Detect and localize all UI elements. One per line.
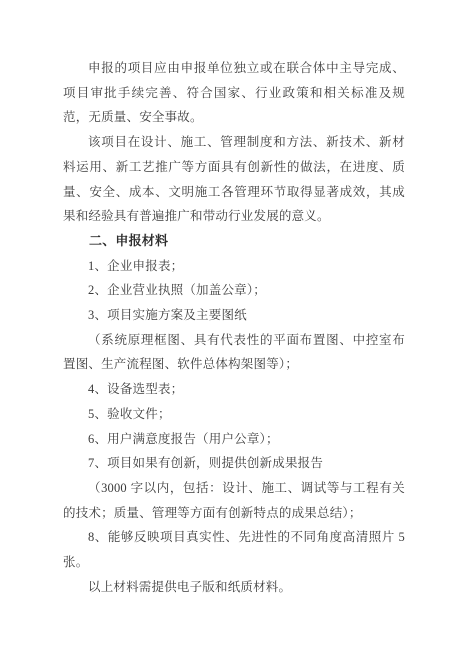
list-item-1: 1、企业申报表； [63,254,405,279]
paragraph-closing: 以上材料需提供电子版和纸质材料。 [63,575,405,600]
paragraph-eligibility: 申报的项目应由申报单位独立或在联合体中主导完成、项目审批手续完善、符合国家、行业… [63,56,405,130]
paragraph-innovation: 该项目在设计、施工、管理制度和方法、新技术、新材料运用、新工艺推广等方面具有创新… [63,130,405,229]
list-item-6: 6、用户满意度报告（用户公章）； [63,427,405,452]
list-item-2: 2、企业营业执照（加盖公章）； [63,278,405,303]
list-item-5: 5、验收文件； [63,402,405,427]
list-item-7: 7、项目如果有创新，则提供创新成果报告 [63,451,405,476]
list-item-7-note: （3000 字以内，包括：设计、施工、调试等与工程有关的技术；质量、管理等方面有… [63,476,405,525]
list-item-3: 3、项目实施方案及主要图纸 [63,303,405,328]
document-page: 申报的项目应由申报单位独立或在联合体中主导完成、项目审批手续完善、符合国家、行业… [0,0,470,666]
list-item-4: 4、设备选型表； [63,377,405,402]
list-item-8: 8、能够反映项目真实性、先进性的不同角度高清照片 5 张。 [63,525,405,574]
list-item-3-note: （系统原理框图、具有代表性的平面布置图、中控室布置图、生产流程图、软件总体构架图… [63,328,405,377]
section-heading-materials: 二、申报材料 [63,229,405,254]
